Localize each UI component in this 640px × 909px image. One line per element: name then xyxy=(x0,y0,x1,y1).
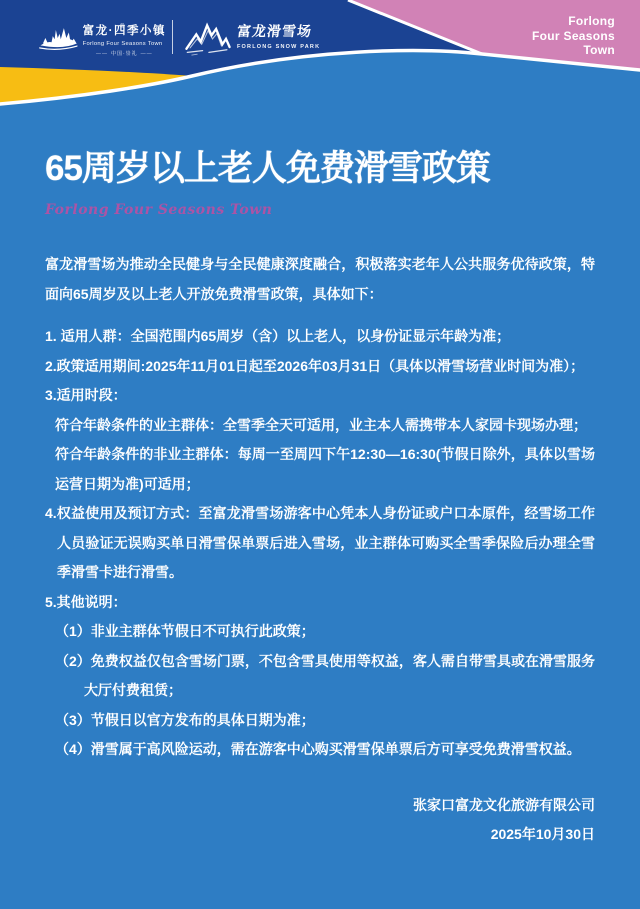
policy-item-5-note-1: （1）非业主群体节假日不可执行此政策； xyxy=(55,617,595,647)
policy-item-3-sub-1: 符合年龄条件的业主群体：全雪季全天可适用，业主本人需携带本人家园卡现场办理； xyxy=(55,411,595,441)
poster-page: ® 富龙·四季小镇 Forlong Four Seasons Town 中国·崇… xyxy=(0,0,640,909)
policy-item-4: 4.权益使用及预订方式：至富龙滑雪场游客中心凭本人身份证或户口本原件，经雪场工作… xyxy=(45,499,595,588)
signature-company: 张家口富龙文化旅游有限公司 xyxy=(45,791,595,821)
signature-date: 2025年10月30日 xyxy=(45,820,595,850)
policy-item-5-note-3: （3）节假日以官方发布的具体日期为准； xyxy=(55,706,595,736)
policy-item-3: 3.适用时段： xyxy=(45,381,595,411)
policy-item-5: 5.其他说明： xyxy=(45,588,595,618)
page-title: 65周岁以上老人免费滑雪政策 xyxy=(45,151,595,186)
policy-content: 65周岁以上老人免费滑雪政策 Forlong Four Seasons Town… xyxy=(0,0,640,850)
policy-item-3-sub-2: 符合年龄条件的非业主群体：每周一至周四下午12:30—16:30(节假日除外，具… xyxy=(55,440,595,499)
signature-block: 张家口富龙文化旅游有限公司 2025年10月30日 xyxy=(45,791,595,850)
script-subtitle: Forlong Four Seasons Town xyxy=(45,203,595,217)
policy-item-5-note-4: （4）滑雪属于高风险运动，需在游客中心购买滑雪保单票后方可享受免费滑雪权益。 xyxy=(55,735,595,765)
policy-items: 1. 适用人群：全国范围内65周岁（含）以上老人，以身份证显示年龄为准； 2.政… xyxy=(45,322,595,765)
policy-item-5-note-2: （2）免费权益仅包含雪场门票，不包含雪具使用等权益，客人需自带雪具或在滑雪服务大… xyxy=(55,647,595,706)
intro-paragraph: 富龙滑雪场为推动全民健身与全民健康深度融合，积极落实老年人公共服务优待政策，特面… xyxy=(45,250,595,309)
policy-item-1: 1. 适用人群：全国范围内65周岁（含）以上老人，以身份证显示年龄为准； xyxy=(45,322,595,352)
policy-item-2: 2.政策适用期间:2025年11月01日起至2026年03月31日（具体以滑雪场… xyxy=(45,352,595,382)
